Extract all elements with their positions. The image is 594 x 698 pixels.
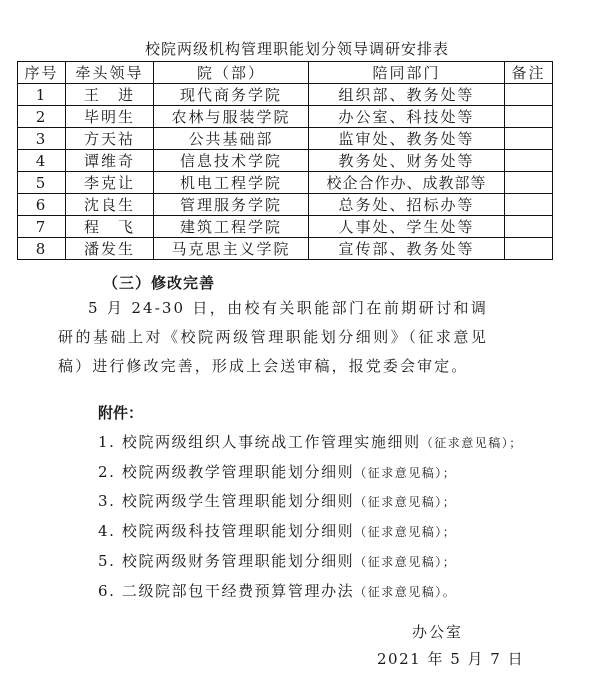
cell-department: 机电工程学院	[154, 172, 309, 194]
cell-accompanying: 教务处、财务处等	[309, 150, 505, 172]
cell-leader: 方天祜	[66, 128, 154, 150]
cell-department: 建筑工程学院	[154, 216, 309, 238]
table-row: 3 方天祜 公共基础部 监审处、教务处等	[18, 128, 553, 150]
cell-accompanying: 宣传部、教务处等	[309, 238, 505, 260]
cell-accompanying: 组织部、教务处等	[309, 84, 505, 106]
header-remarks: 备注	[505, 62, 553, 84]
table-row: 7 程 飞 建筑工程学院 人事处、学生处等	[18, 216, 553, 238]
cell-accompanying: 校企合作办、成教部等	[309, 172, 505, 194]
attachment-item: 5. 校院两级财务管理职能划分细则（征求意见稿）；	[98, 547, 523, 577]
cell-leader: 王 进	[66, 84, 154, 106]
attachment-suffix: （征求意见稿）；	[354, 466, 456, 480]
cell-no: 7	[18, 216, 66, 238]
cell-remarks	[505, 84, 553, 106]
cell-remarks	[505, 194, 553, 216]
cell-remarks	[505, 172, 553, 194]
table-row: 2 毕明生 农林与服装学院 办公室、科技处等	[18, 106, 553, 128]
attachment-suffix: （征求意见稿）；	[354, 495, 456, 509]
cell-leader: 毕明生	[66, 106, 154, 128]
cell-remarks	[505, 128, 553, 150]
cell-no: 2	[18, 106, 66, 128]
table-row: 8 潘发生 马克思主义学院 宣传部、教务处等	[18, 238, 553, 260]
cell-no: 5	[18, 172, 66, 194]
table-row: 4 谭维奇 信息技术学院 教务处、财务处等	[18, 150, 553, 172]
attachment-suffix: （征求意见稿）。	[354, 585, 456, 599]
attachments-list: 1. 校院两级组织人事统战工作管理实施细则（征求意见稿）； 2. 校院两级教学管…	[98, 428, 523, 606]
attachment-title: 5. 校院两级财务管理职能划分细则	[98, 552, 354, 570]
cell-leader: 李克让	[66, 172, 154, 194]
cell-leader: 谭维奇	[66, 150, 154, 172]
cell-department: 信息技术学院	[154, 150, 309, 172]
header-leader: 牵头领导	[66, 62, 154, 84]
attachment-title: 2. 校院两级教学管理职能划分细则	[98, 463, 354, 481]
cell-remarks	[505, 238, 553, 260]
attachment-title: 4. 校院两级科技管理职能划分细则	[98, 522, 354, 540]
cell-no: 1	[18, 84, 66, 106]
cell-accompanying: 办公室、科技处等	[309, 106, 505, 128]
attachments-heading: 附件：	[98, 402, 143, 423]
attachment-title: 6. 二级院部包干经费预算管理办法	[98, 582, 354, 600]
table-row: 1 王 进 现代商务学院 组织部、教务处等	[18, 84, 553, 106]
cell-leader: 潘发生	[66, 238, 154, 260]
attachment-item: 2. 校院两级教学管理职能划分细则（征求意见稿）；	[98, 458, 523, 488]
attachment-item: 4. 校院两级科技管理职能划分细则（征求意见稿）；	[98, 517, 523, 547]
cell-no: 6	[18, 194, 66, 216]
cell-department: 公共基础部	[154, 128, 309, 150]
table-row: 5 李克让 机电工程学院 校企合作办、成教部等	[18, 172, 553, 194]
cell-no: 4	[18, 150, 66, 172]
attachment-title: 1. 校院两级组织人事统战工作管理实施细则	[98, 433, 421, 451]
attachment-item: 3. 校院两级学生管理职能划分细则（征求意见稿）；	[98, 487, 523, 517]
header-accompanying: 陪同部门	[309, 62, 505, 84]
attachment-title: 3. 校院两级学生管理职能划分细则	[98, 492, 354, 510]
header-department: 院（部）	[154, 62, 309, 84]
cell-remarks	[505, 216, 553, 238]
signature-date: 2021 年 5 月 7 日	[377, 648, 524, 669]
cell-department: 农林与服装学院	[154, 106, 309, 128]
cell-no: 8	[18, 238, 66, 260]
cell-remarks	[505, 106, 553, 128]
header-no: 序号	[18, 62, 66, 84]
attachment-suffix: （征求意见稿）；	[421, 436, 523, 450]
section-paragraph: 5 月 24-30 日，由校有关职能部门在前期研讨和调研的基础上对《校院两级管理…	[58, 294, 488, 381]
attachment-suffix: （征求意见稿）；	[354, 525, 456, 539]
cell-department: 管理服务学院	[154, 194, 309, 216]
cell-accompanying: 监审处、教务处等	[309, 128, 505, 150]
attachment-item: 6. 二级院部包干经费预算管理办法（征求意见稿）。	[98, 577, 523, 607]
cell-department: 现代商务学院	[154, 84, 309, 106]
table-title: 校院两级机构管理职能划分领导调研安排表	[0, 38, 594, 59]
section-heading: （三）修改完善	[103, 272, 215, 293]
cell-remarks	[505, 150, 553, 172]
cell-accompanying: 人事处、学生处等	[309, 216, 505, 238]
attachment-suffix: （征求意见稿）；	[354, 555, 456, 569]
cell-leader: 程 飞	[66, 216, 154, 238]
cell-accompanying: 总务处、招标办等	[309, 194, 505, 216]
cell-leader: 沈良生	[66, 194, 154, 216]
table-row: 6 沈良生 管理服务学院 总务处、招标办等	[18, 194, 553, 216]
table-header-row: 序号 牵头领导 院（部） 陪同部门 备注	[18, 62, 553, 84]
signature-office: 办公室	[412, 621, 463, 642]
schedule-table: 序号 牵头领导 院（部） 陪同部门 备注 1 王 进 现代商务学院 组织部、教务…	[17, 61, 553, 260]
cell-no: 3	[18, 128, 66, 150]
cell-department: 马克思主义学院	[154, 238, 309, 260]
attachment-item: 1. 校院两级组织人事统战工作管理实施细则（征求意见稿）；	[98, 428, 523, 458]
